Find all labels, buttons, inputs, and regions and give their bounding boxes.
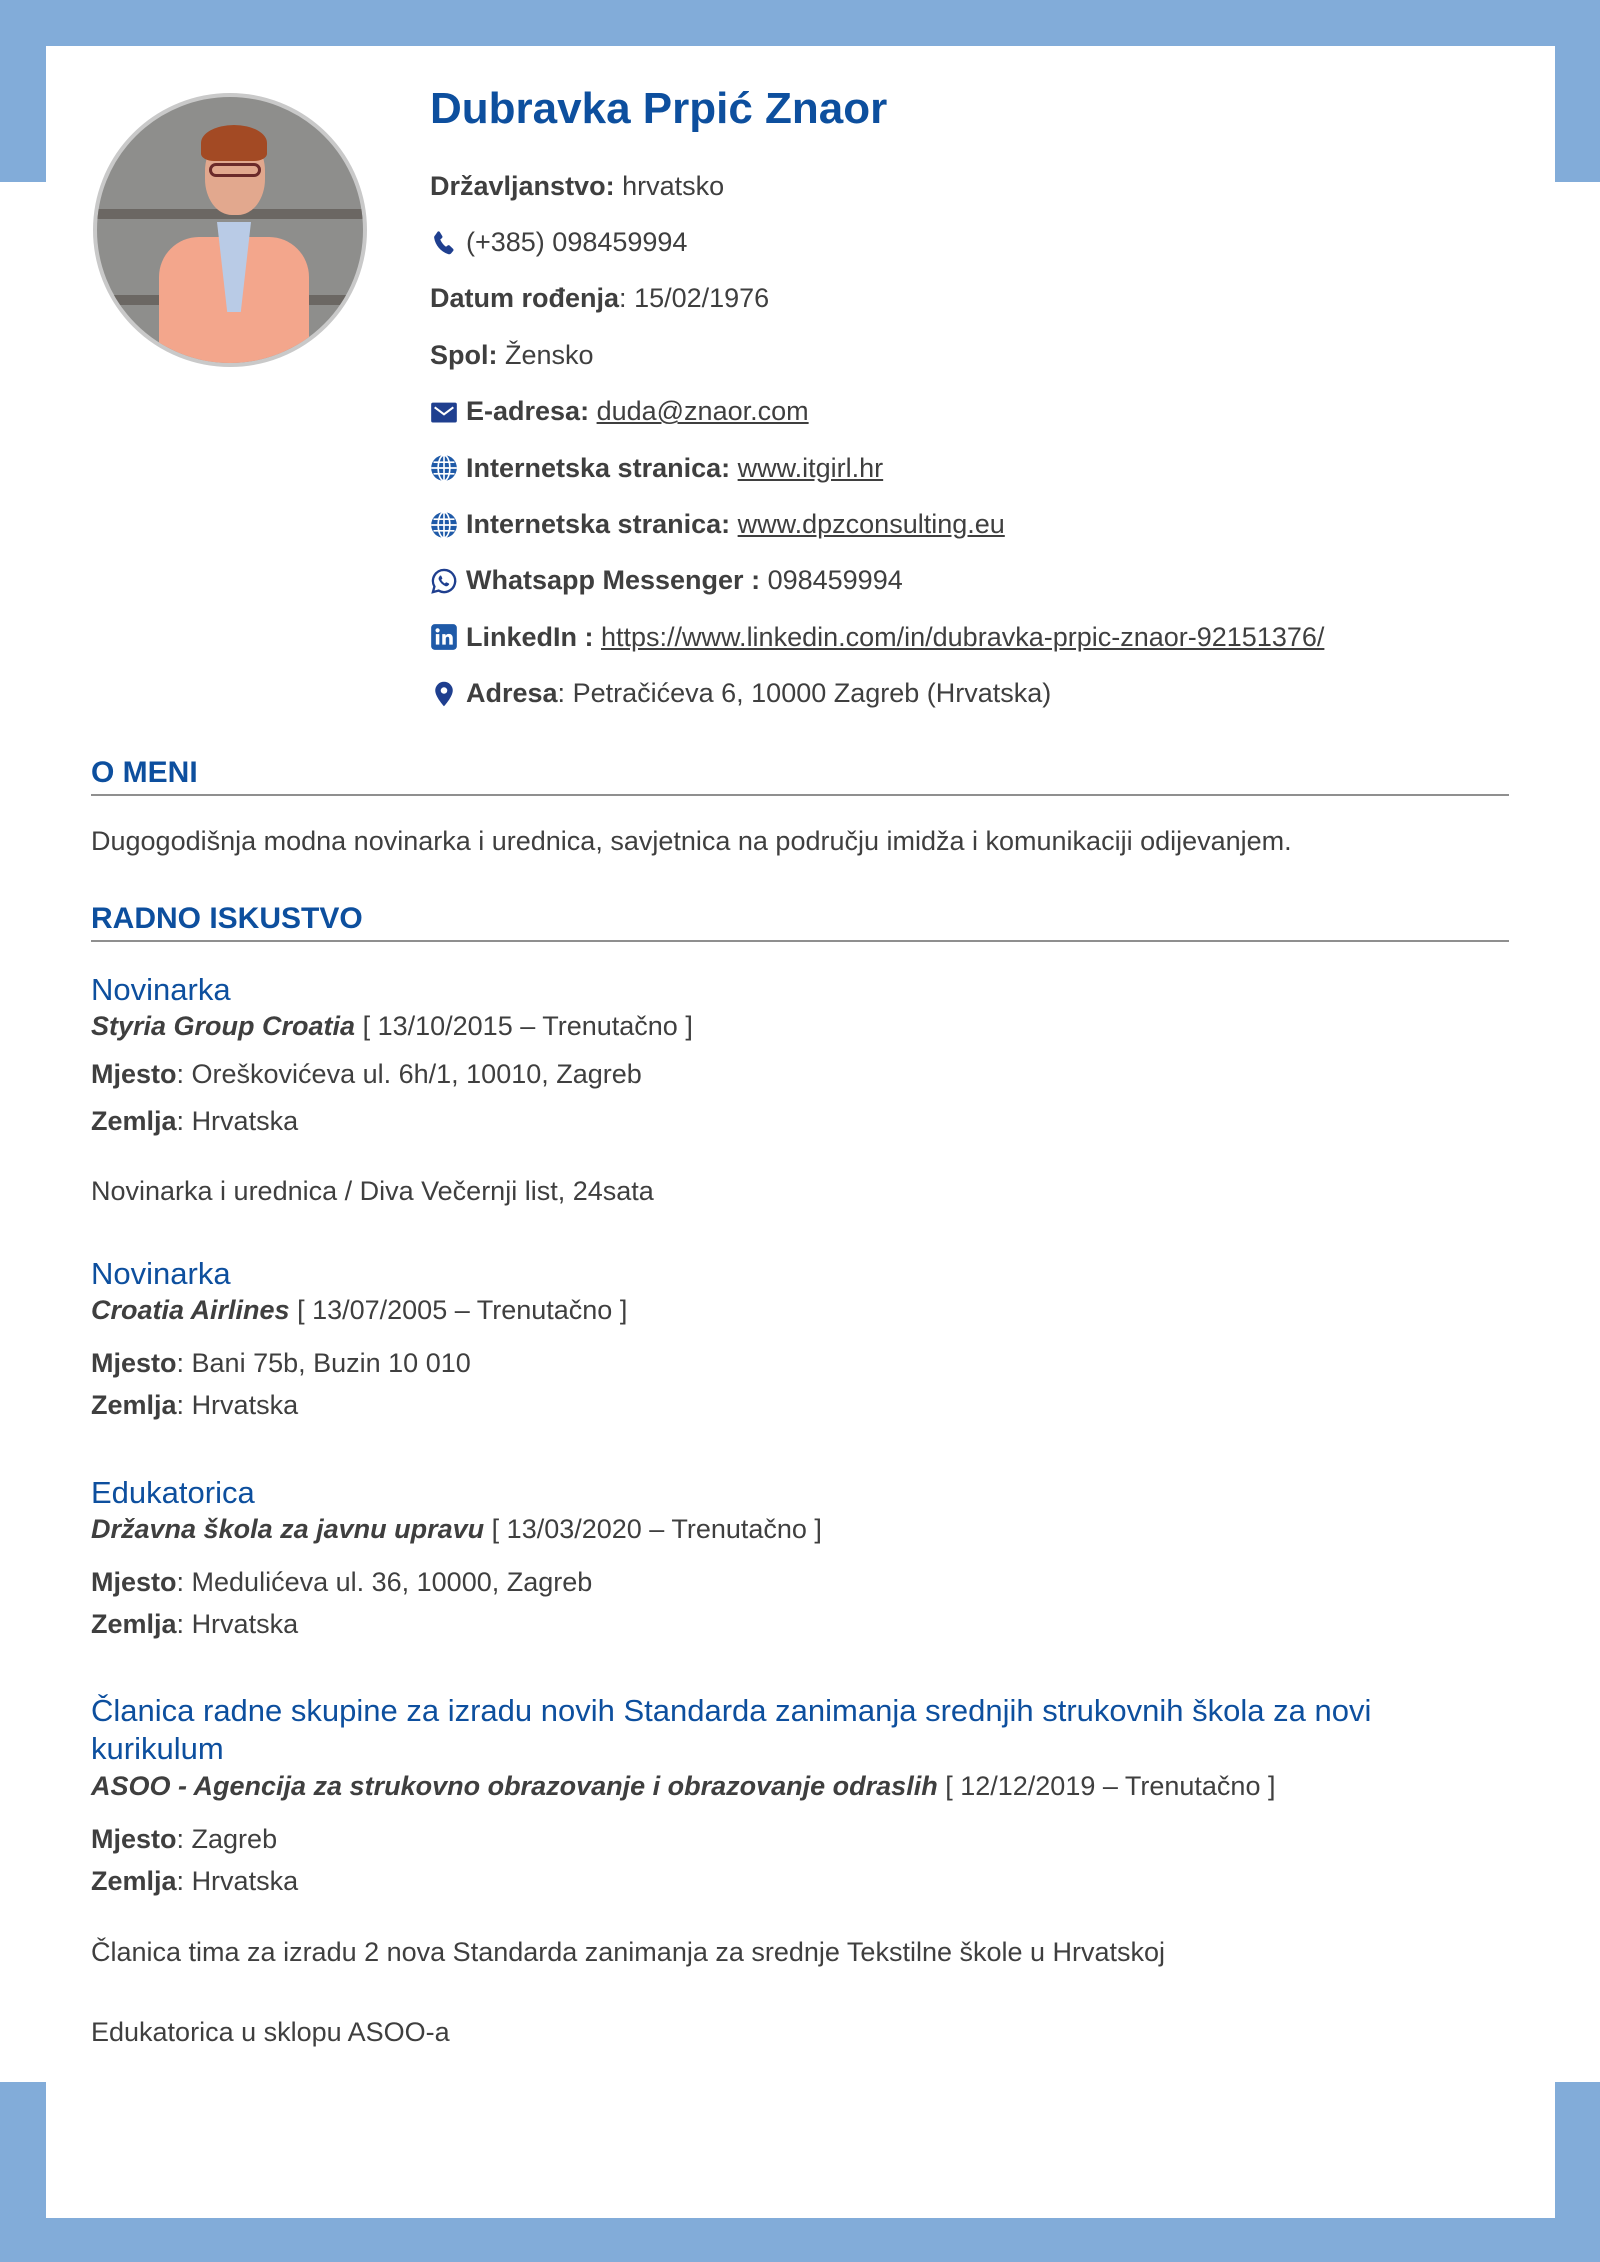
globe-icon: [430, 511, 458, 539]
job-title: Članica radne skupine za izradu novih St…: [91, 1692, 1491, 1768]
job-country-label: Zemlja: [91, 1866, 177, 1896]
phone-icon: [430, 229, 458, 257]
contact-value: 098459994: [768, 565, 903, 596]
job-employer-line: Styria Group Croatia [ 13/10/2015 – Tren…: [91, 1011, 693, 1042]
contact-linkedin: LinkedIn : https://www.linkedin.com/in/d…: [430, 609, 1530, 665]
job-place-line: Mjesto: Zagreb: [91, 1824, 277, 1855]
contact-label: Internetska stranica:: [466, 453, 730, 484]
contact-gender: Spol: Žensko: [430, 327, 1530, 383]
job-description: Edukatorica u sklopu ASOO-a: [91, 2017, 450, 2048]
job-employer-line: ASOO - Agencija za strukovno obrazovanje…: [91, 1771, 1275, 1802]
job-employer-line: Croatia Airlines [ 13/07/2005 – Trenutač…: [91, 1295, 627, 1326]
contact-label: E-adresa:: [466, 396, 589, 427]
contact-label: Whatsapp Messenger :: [466, 565, 760, 596]
about-text: Dugogodišnja modna novinarka i urednica,…: [91, 826, 1292, 857]
job-place: Bani 75b, Buzin 10 010: [192, 1348, 471, 1378]
job-country-line: Zemlja: Hrvatska: [91, 1106, 298, 1137]
contact-label: Internetska stranica:: [466, 509, 730, 540]
contact-whatsapp: Whatsapp Messenger : 098459994: [430, 553, 1530, 609]
job-place-label: Mjesto: [91, 1059, 177, 1089]
contact-label: Datum rođenja: [430, 283, 619, 314]
job-place-line: Mjesto: Medulićeva ul. 36, 10000, Zagreb: [91, 1567, 592, 1598]
job-place-label: Mjesto: [91, 1824, 177, 1854]
contact-value: Petračićeva 6, 10000 Zagreb (Hrvatska): [573, 678, 1052, 709]
frame-top-left-band: [0, 0, 46, 182]
contact-website-1: Internetska stranica: www.itgirl.hr: [430, 440, 1530, 496]
contact-info: Državljanstvo: hrvatsko (+385) 098459994…: [430, 158, 1530, 722]
website-link[interactable]: www.dpzconsulting.eu: [738, 509, 1005, 540]
job-dates: [ 12/12/2019 – Trenutačno ]: [945, 1771, 1275, 1801]
job-country: Hrvatska: [192, 1390, 299, 1420]
frame-bottom-right-band: [1555, 2082, 1600, 2262]
frame-bottom-left-band: [0, 2082, 46, 2262]
section-title-experience: RADNO ISKUSTVO: [91, 902, 1509, 942]
job-employer-line: Državna škola za javnu upravu [ 13/03/20…: [91, 1514, 822, 1545]
job-place-label: Mjesto: [91, 1567, 177, 1597]
contact-value: Žensko: [505, 340, 594, 371]
contact-phone: (+385) 098459994: [430, 214, 1530, 270]
contact-separator: :: [558, 678, 566, 709]
job-employer: ASOO - Agencija za strukovno obrazovanje…: [91, 1771, 938, 1801]
job-dates: [ 13/10/2015 – Trenutačno ]: [363, 1011, 693, 1041]
job-place-label: Mjesto: [91, 1348, 177, 1378]
person-name: Dubravka Prpić Znaor: [430, 84, 887, 134]
contact-email: E-adresa: duda@znaor.com: [430, 384, 1530, 440]
globe-icon: [430, 454, 458, 482]
job-country-label: Zemlja: [91, 1390, 177, 1420]
contact-value: (+385) 098459994: [466, 227, 687, 258]
contact-value: 15/02/1976: [634, 283, 769, 314]
job-country-label: Zemlja: [91, 1609, 177, 1639]
contact-website-2: Internetska stranica: www.dpzconsulting.…: [430, 496, 1530, 552]
photo-glasses: [209, 163, 261, 177]
job-title: Novinarka: [91, 1255, 1491, 1293]
job-title: Edukatorica: [91, 1474, 1491, 1512]
contact-separator: :: [619, 283, 627, 314]
location-pin-icon: [430, 680, 458, 708]
whatsapp-icon: [430, 567, 458, 595]
job-dates: [ 13/07/2005 – Trenutačno ]: [297, 1295, 627, 1325]
job-place-line: Mjesto: Oreškovićeva ul. 6h/1, 10010, Za…: [91, 1059, 642, 1090]
profile-photo: [93, 93, 367, 367]
section-title-about: O MENI: [91, 756, 1509, 796]
job-dates: [ 13/03/2020 – Trenutačno ]: [492, 1514, 822, 1544]
contact-label: Državljanstvo:: [430, 171, 615, 202]
contact-label: Adresa: [466, 678, 558, 709]
job-employer: Državna škola za javnu upravu: [91, 1514, 484, 1544]
job-country: Hrvatska: [192, 1609, 299, 1639]
job-title: Novinarka: [91, 971, 1491, 1009]
job-description: Članica tima za izradu 2 nova Standarda …: [91, 1937, 1165, 1968]
contact-birthdate: Datum rođenja: 15/02/1976: [430, 271, 1530, 327]
job-place-line: Mjesto: Bani 75b, Buzin 10 010: [91, 1348, 471, 1379]
contact-label: Spol:: [430, 340, 498, 371]
job-employer: Styria Group Croatia: [91, 1011, 355, 1041]
linkedin-icon: [430, 623, 458, 651]
job-employer: Croatia Airlines: [91, 1295, 290, 1325]
website-link[interactable]: www.itgirl.hr: [738, 453, 884, 484]
photo-hair: [201, 125, 267, 161]
contact-label: LinkedIn :: [466, 622, 594, 653]
linkedin-link[interactable]: https://www.linkedin.com/in/dubravka-prp…: [601, 622, 1324, 653]
job-place: Zagreb: [192, 1824, 278, 1854]
job-country-line: Zemlja: Hrvatska: [91, 1390, 298, 1421]
job-place: Oreškovićeva ul. 6h/1, 10010, Zagreb: [192, 1059, 642, 1089]
frame-top-band: [0, 0, 1600, 46]
frame-top-right-band: [1555, 0, 1600, 182]
email-icon: [430, 398, 458, 426]
job-description: Novinarka i urednica / Diva Večernji lis…: [91, 1176, 654, 1207]
contact-value: hrvatsko: [622, 171, 724, 202]
job-country-label: Zemlja: [91, 1106, 177, 1136]
frame-bottom-band: [0, 2218, 1600, 2262]
contact-nationality: Državljanstvo: hrvatsko: [430, 158, 1530, 214]
job-country: Hrvatska: [192, 1866, 299, 1896]
contact-address: Adresa : Petračićeva 6, 10000 Zagreb (Hr…: [430, 666, 1530, 722]
job-country: Hrvatska: [192, 1106, 299, 1136]
job-country-line: Zemlja: Hrvatska: [91, 1866, 298, 1897]
job-place: Medulićeva ul. 36, 10000, Zagreb: [192, 1567, 593, 1597]
job-country-line: Zemlja: Hrvatska: [91, 1609, 298, 1640]
email-link[interactable]: duda@znaor.com: [597, 396, 809, 427]
